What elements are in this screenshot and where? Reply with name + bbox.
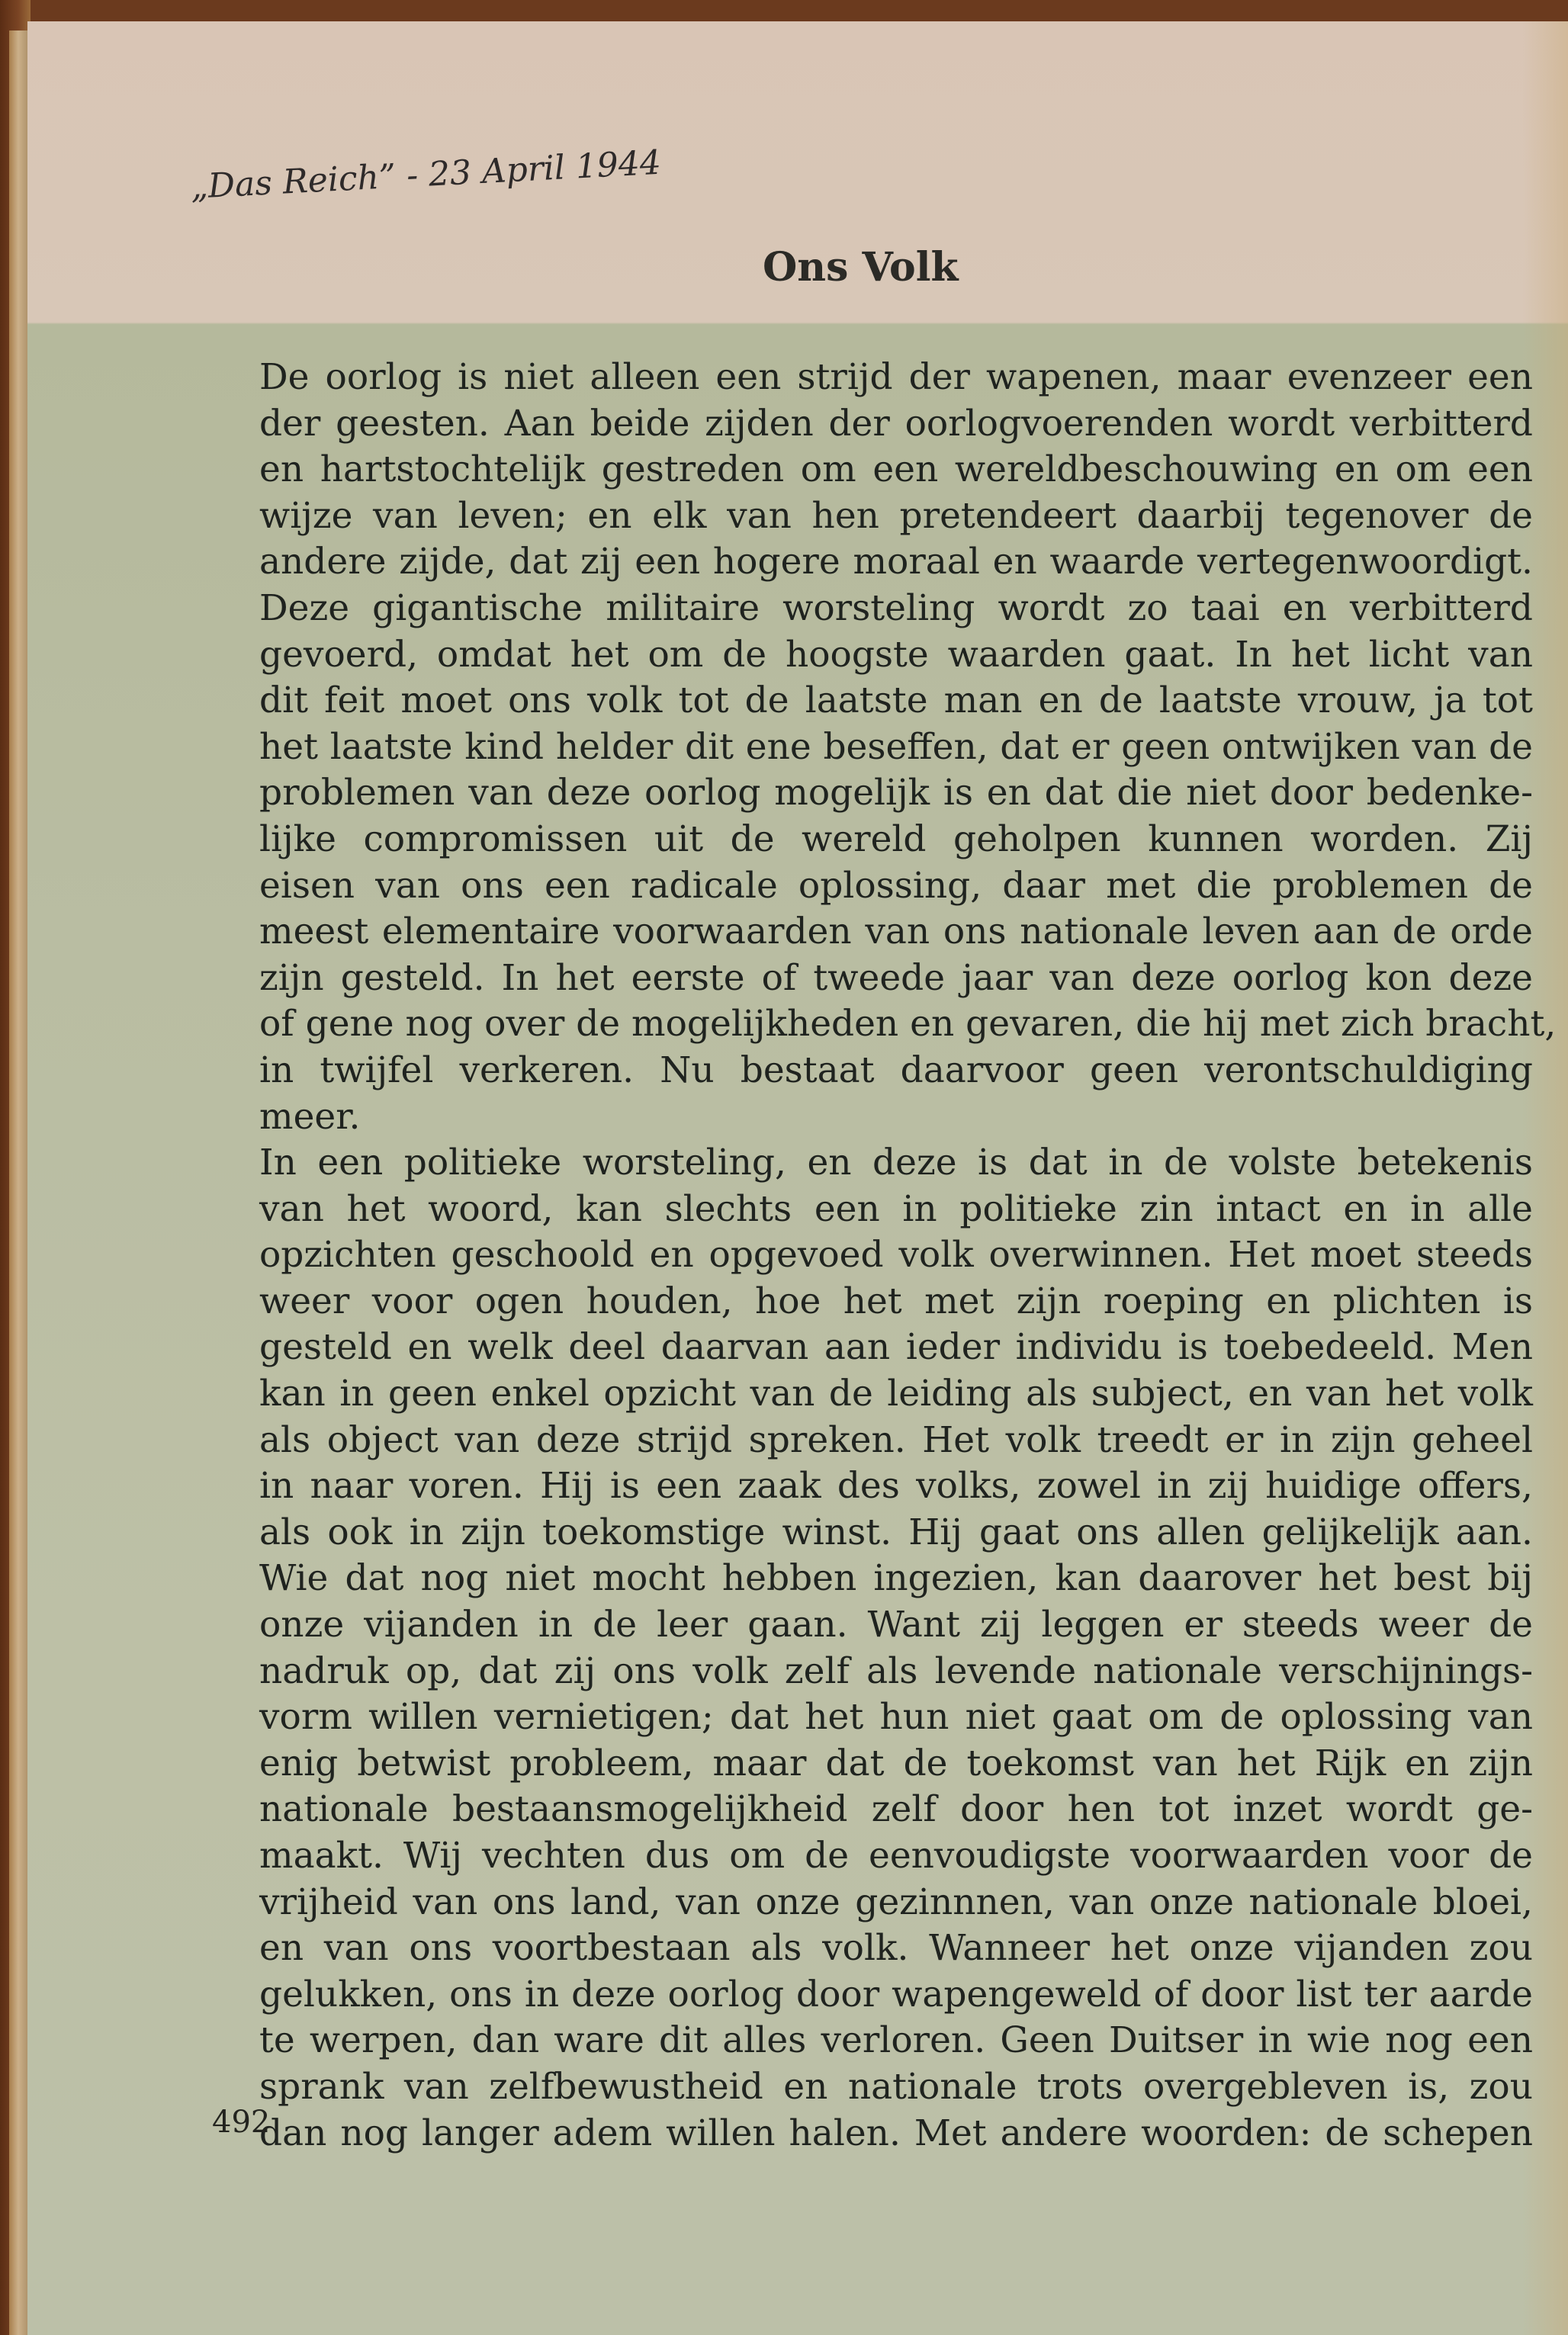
- text-line: nationale bestaansmogelijkheid zelf door…: [214, 1787, 1533, 1833]
- text-line: enig betwist probleem, maar dat de toeko…: [214, 1741, 1533, 1787]
- text-line: en hartstochtelijk gestreden om een were…: [214, 447, 1533, 493]
- page-number: 492: [212, 2105, 270, 2140]
- text-line: vrijheid van ons land, van onze gezinnne…: [214, 1880, 1533, 1926]
- text-line: kan in geen enkel opzicht van de leiding…: [214, 1371, 1533, 1418]
- text-line: vorm willen vernietigen; dat het hun nie…: [214, 1694, 1533, 1741]
- text-line: problemen van deze oorlog mogelijk is en…: [214, 770, 1533, 817]
- paragraph: Deze gigantische militaire worsteling wo…: [214, 586, 1533, 1140]
- text-line: en van ons voortbestaan als volk. Wannee…: [214, 1925, 1533, 1972]
- text-line: In een politieke worsteling, en deze is …: [214, 1140, 1533, 1187]
- text-line: gelukken, ons in deze oorlog door wapeng…: [214, 1972, 1533, 2019]
- text-line: De oorlog is niet alleen een strijd der …: [214, 355, 1533, 401]
- text-line: nadruk op, dat zij ons volk zelf als lev…: [214, 1649, 1533, 1695]
- text-line: der geesten. Aan beide zijden der oorlog…: [214, 401, 1533, 448]
- text-line: Wie dat nog niet mocht hebben ingezien, …: [214, 1556, 1533, 1602]
- text-line: van het woord, kan slechts een in politi…: [214, 1187, 1533, 1233]
- paragraph: Wie dat nog niet mocht hebben ingezien, …: [214, 1556, 1533, 2157]
- text-line: opzichten geschoold en opgevoed volk ove…: [214, 1232, 1533, 1279]
- text-line: zijn gesteld. In het eerste of tweede ja…: [214, 956, 1533, 1002]
- text-line: meer.: [214, 1094, 1533, 1141]
- text-line: dit feit moet ons volk tot de laatste ma…: [214, 678, 1533, 724]
- text-line: gesteld en welk deel daarvan aan ieder i…: [214, 1325, 1533, 1371]
- text-line: het laatste kind helder dit ene beseffen…: [214, 724, 1533, 771]
- text-line: onze vijanden in de leer gaan. Want zij …: [214, 1602, 1533, 1649]
- text-line: gevoerd, omdat het om de hoogste waarden…: [214, 632, 1533, 679]
- text-line: sprank van zelfbewustheid en nationale t…: [214, 2064, 1533, 2111]
- text-line: in naar voren. Hij is een zaak des volks…: [214, 1463, 1533, 1510]
- text-line: meest elementaire voorwaarden van ons na…: [214, 909, 1533, 956]
- paragraph: De oorlog is niet alleen een strijd der …: [214, 355, 1533, 586]
- text-line: lijke compromissen uit de wereld geholpe…: [214, 817, 1533, 863]
- text-line: te werpen, dan ware dit alles verloren. …: [214, 2018, 1533, 2064]
- page-stack-edge: [9, 31, 27, 2335]
- text-line: maakt. Wij vechten dus om de eenvoudigst…: [214, 1833, 1533, 1880]
- text-line: als ook in zijn toekomstige winst. Hij g…: [214, 1510, 1533, 1556]
- text-line: wijze van leven; en elk van hen pretende…: [214, 493, 1533, 540]
- article-title: Ons Volk: [763, 244, 959, 291]
- text-line: als object van deze strijd spreken. Het …: [214, 1418, 1533, 1464]
- text-line: eisen van ons een radicale oplossing, da…: [214, 863, 1533, 910]
- paragraph: In een politieke worsteling, en deze is …: [214, 1140, 1533, 1556]
- text-line: andere zijde, dat zij een hogere moraal …: [214, 539, 1533, 586]
- text-line: dan nog langer adem willen halen. Met an…: [214, 2111, 1533, 2157]
- text-line: of gene nog over de mogelijkheden en gev…: [214, 1001, 1533, 1048]
- text-line: weer voor ogen houden, hoe het met zijn …: [214, 1279, 1533, 1325]
- text-line: Deze gigantische militaire worsteling wo…: [214, 586, 1533, 632]
- text-line: in twijfel verkeren. Nu bestaat daarvoor…: [214, 1048, 1533, 1094]
- article-body: De oorlog is niet alleen een strijd der …: [214, 355, 1533, 2157]
